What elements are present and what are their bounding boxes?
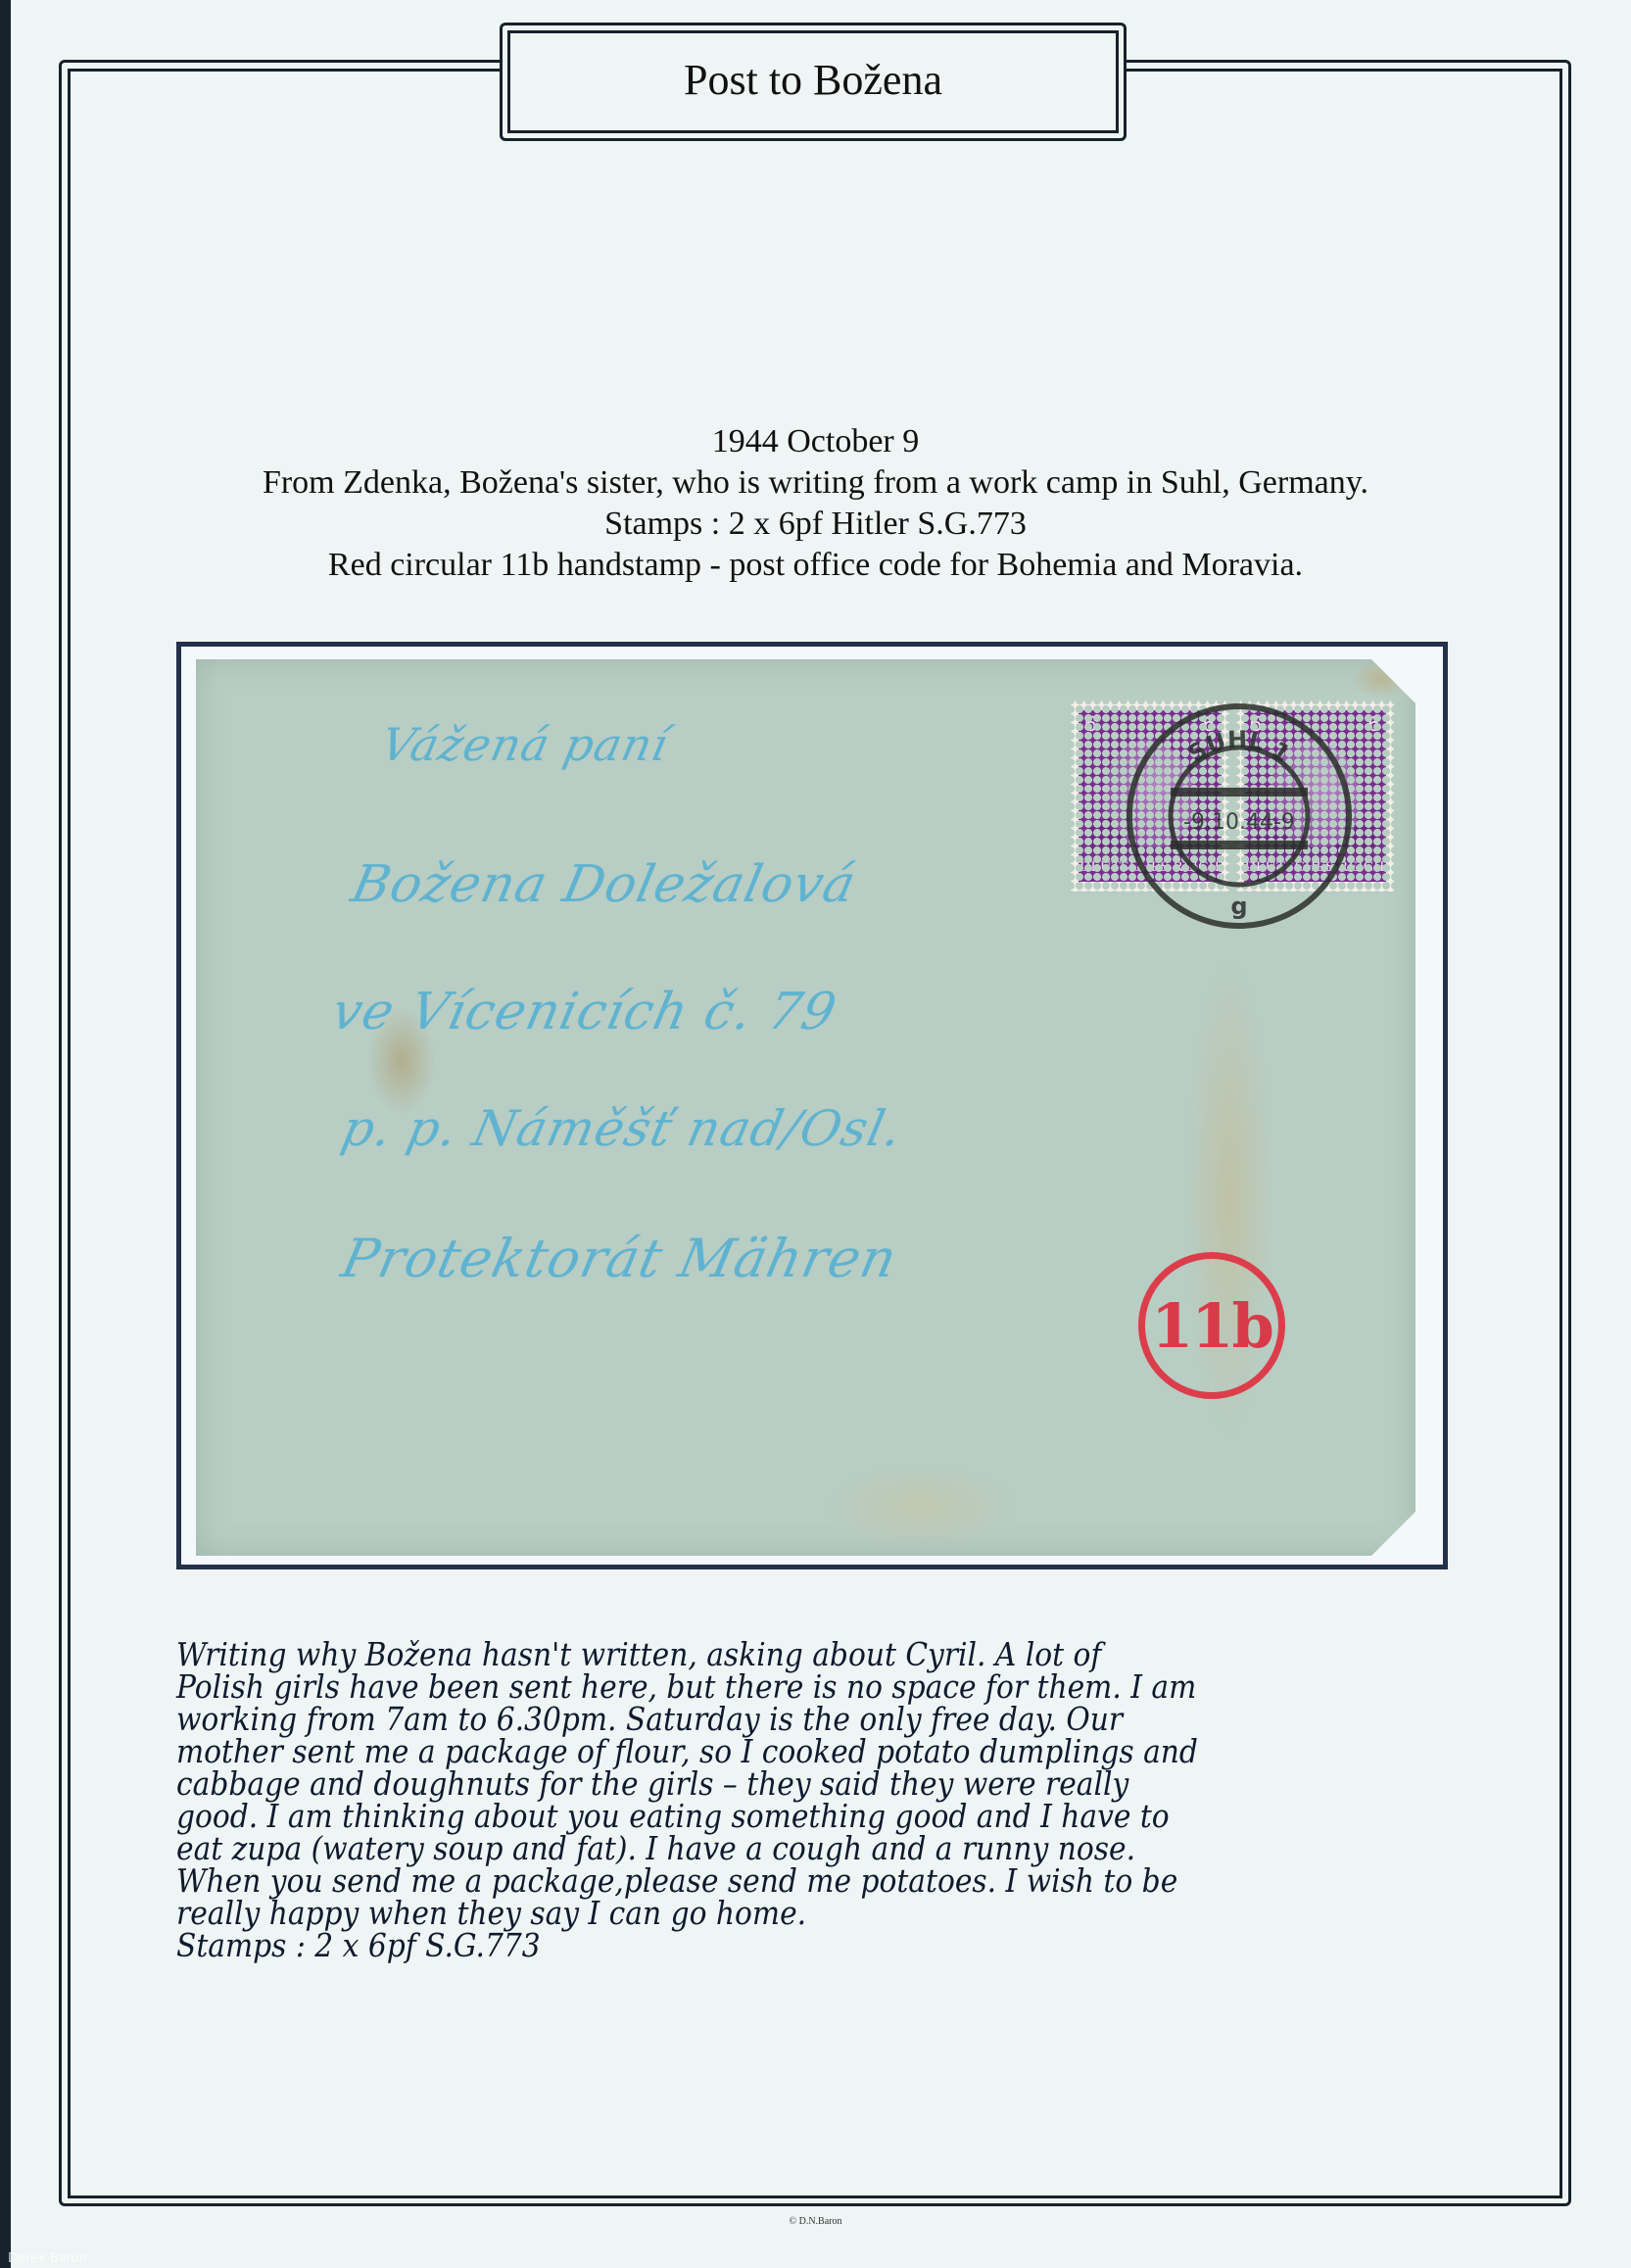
stamp: 6 6 DEUTSCHES REICH (1071, 700, 1229, 892)
page-title: Post to Božena (684, 55, 942, 105)
stamp-design: 6 6 DEUTSCHES REICH (1079, 710, 1222, 882)
address-name: Božena Doležalová (347, 855, 862, 914)
description-handstamp: Red circular 11b handstamp - post office… (78, 545, 1553, 586)
envelope: Vážená paní Božena Doležalová ve Vícenic… (196, 659, 1415, 1556)
stamp-label: DEUTSCHES REICH (1079, 859, 1222, 876)
address-salutation: Vážená paní (376, 718, 673, 771)
description-sender: From Zdenka, Božena's sister, who is wri… (78, 462, 1553, 504)
portrait-icon (1106, 740, 1194, 847)
description-date: 1944 October 9 (78, 421, 1553, 462)
letter-summary: Writing why Božena hasn't written, askin… (176, 1638, 1322, 1961)
letter-line: eat zupa (watery soup and fat). I have a… (176, 1832, 1322, 1864)
copyright: © D.N.Baron (0, 2216, 1631, 2227)
stamp: 6 6 DEUTSCHES REICH (1236, 700, 1395, 892)
title-box-inner: Post to Božena (507, 30, 1119, 133)
stamp-design: 6 6 DEUTSCHES REICH (1244, 710, 1387, 882)
portrait-icon (1271, 740, 1360, 847)
letter-line: When you send me a package,please send m… (176, 1864, 1322, 1897)
address-region: Protektorát Mähren (336, 1228, 902, 1289)
address-post-office: p. p. Náměšť nad/Osl. (337, 1100, 908, 1157)
description-stamps: Stamps : 2 x 6pf Hitler S.G.773 (78, 504, 1553, 545)
letter-line: Polish girls have been sent here, but th… (176, 1670, 1322, 1703)
handstamp-11b: 11b (1138, 1252, 1285, 1399)
letter-stamps-line: Stamps : 2 x 6pf S.G.773 (176, 1929, 1322, 1961)
stamp-label: DEUTSCHES REICH (1244, 859, 1387, 876)
stamp-pair: 6 6 DEUTSCHES REICH 6 6 DEUTSCHES REICH (1071, 700, 1401, 892)
stain (823, 1463, 1019, 1551)
letter-line: really happy when they say I can go home… (176, 1897, 1322, 1929)
stamp-value: 6 (1084, 712, 1097, 736)
letter-line: mother sent me a package of flour, so I … (176, 1735, 1322, 1767)
stamp-value: 6 (1203, 712, 1216, 736)
letter-line: Writing why Božena hasn't written, askin… (176, 1638, 1322, 1670)
handstamp-text: 11b (1151, 1290, 1272, 1362)
stamp-value: 6 (1367, 712, 1380, 736)
letter-line: cabbage and doughnuts for the girls – th… (176, 1767, 1322, 1800)
description: 1944 October 9 From Zdenka, Božena's sis… (78, 421, 1553, 586)
watermark: Derek Baron (8, 2251, 87, 2266)
letter-line: working from 7am to 6.30pm. Saturday is … (176, 1703, 1322, 1735)
letter-line: good. I am thinking about you eating som… (176, 1800, 1322, 1832)
address-street: ve Vícenicích č. 79 (327, 983, 842, 1041)
scan-edge (0, 0, 11, 2268)
stamp-value: 6 (1250, 712, 1263, 736)
postmark-code: g (1230, 893, 1247, 920)
